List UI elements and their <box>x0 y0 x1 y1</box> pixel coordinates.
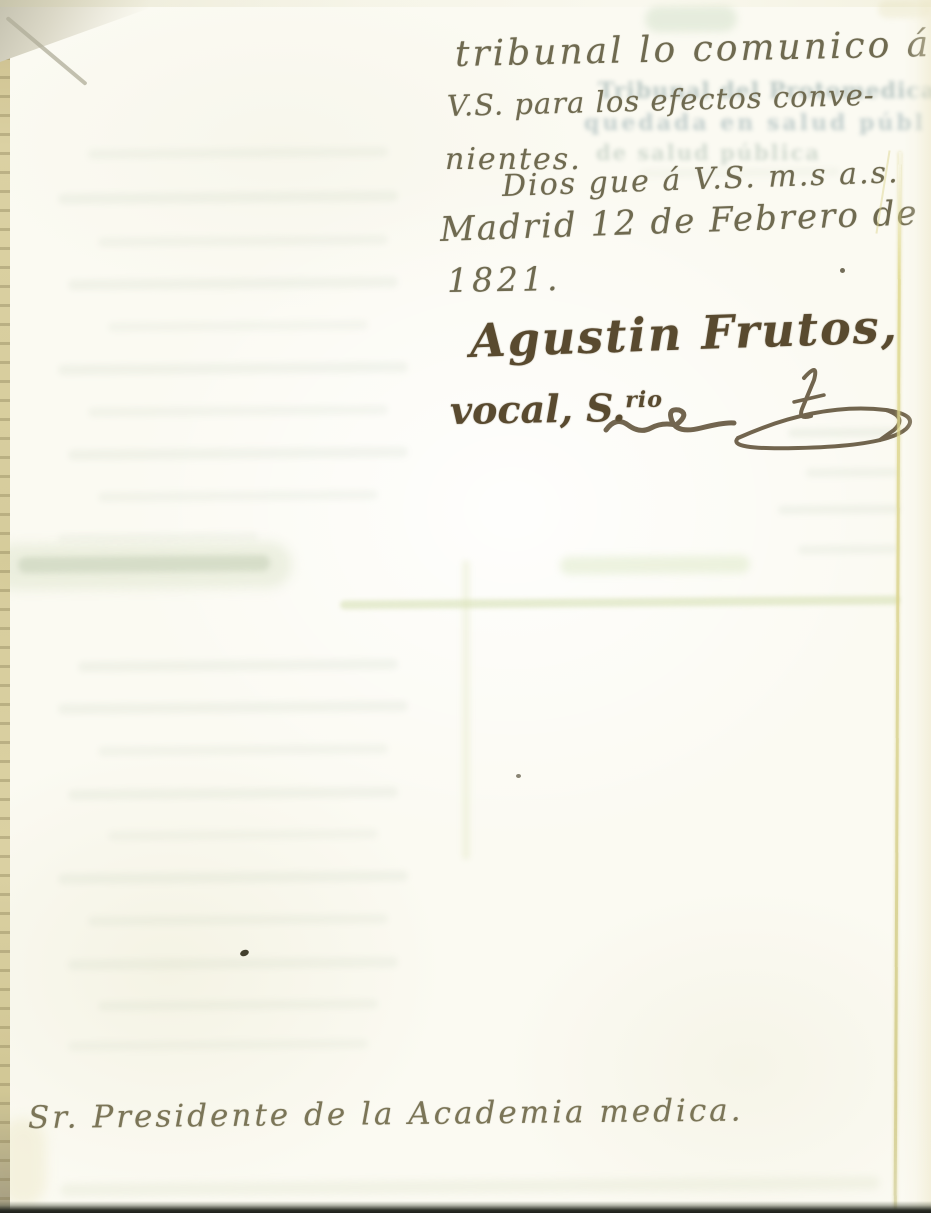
bleedthrough-mark <box>88 914 388 927</box>
bleedthrough-mark <box>58 700 408 714</box>
bleedthrough-mark <box>462 560 470 860</box>
year-line: 1821. <box>447 259 562 300</box>
page-left-edge <box>0 0 10 1213</box>
bleedthrough-mark <box>60 1176 880 1196</box>
bleedthrough-mark <box>58 870 408 884</box>
bleedthrough-mark <box>108 320 368 332</box>
manuscript-page: Tribunal del Protomedicato quedada en sa… <box>0 0 931 1213</box>
bleedthrough-mark <box>340 596 900 610</box>
bleedthrough-mark <box>88 147 388 160</box>
bleedthrough-mark <box>98 490 378 502</box>
bleedthrough-mark <box>78 659 398 673</box>
bleedthrough-mark <box>108 829 378 841</box>
right-edge-tint <box>903 0 931 1213</box>
bleedthrough-mark <box>68 1039 368 1052</box>
handwritten-body-line-1: tribunal lo comunico á <box>455 24 931 75</box>
bleedthrough-mark <box>68 957 398 971</box>
bleedthrough-mark <box>560 555 750 575</box>
bleedthrough-mark <box>58 191 398 205</box>
bleedthrough-mark <box>98 744 388 757</box>
ink-speck <box>239 949 250 958</box>
bleedthrough-mark <box>88 405 388 418</box>
bleedthrough-mark <box>68 787 398 801</box>
bleedthrough-mark <box>68 277 398 291</box>
bleedthrough-mark <box>0 542 292 591</box>
bleedthrough-mark <box>98 235 388 248</box>
bleedthrough-mark <box>58 361 408 375</box>
bleedthrough-mark <box>806 468 898 478</box>
bleedthrough-mark <box>878 0 931 18</box>
signature-rubric-flourish <box>588 358 928 466</box>
bleedthrough-mark <box>18 555 270 573</box>
bleedthrough-mark <box>68 447 408 461</box>
page-bottom-edge <box>0 1201 931 1213</box>
ink-speck <box>516 774 521 778</box>
bleedthrough-mark <box>778 504 900 514</box>
bleedthrough-mark <box>798 545 898 555</box>
address-line: Sr. Presidente de la Academia medica. <box>28 1093 744 1136</box>
ink-speck <box>840 268 845 273</box>
bleedthrough-mark <box>98 999 378 1011</box>
bleedthrough-mark <box>58 532 258 543</box>
